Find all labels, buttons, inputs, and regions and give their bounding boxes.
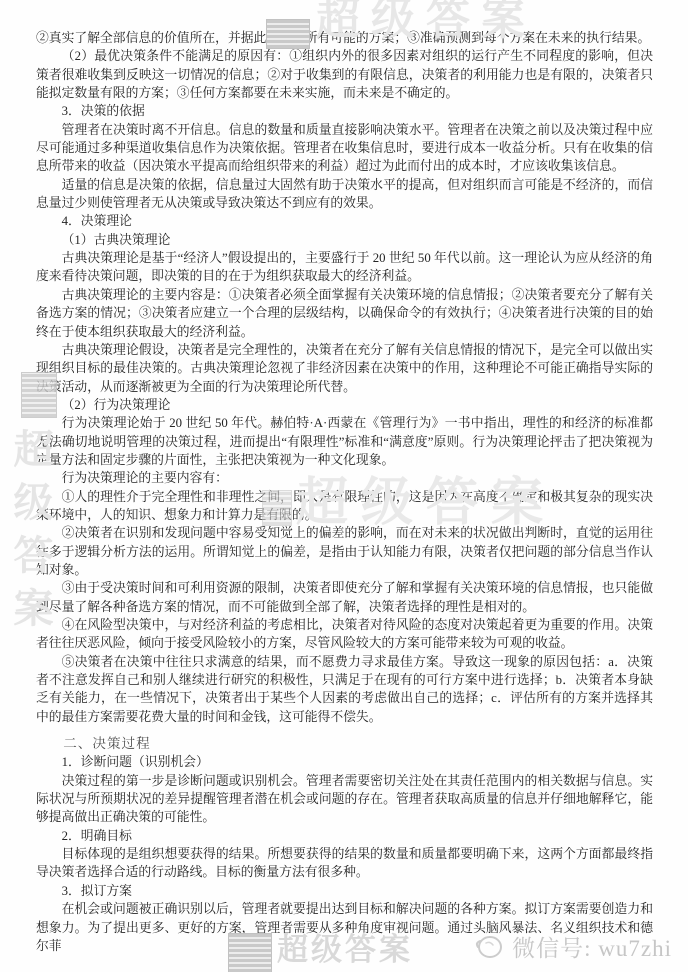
- heading: 1．诊断问题（识别机会）: [36, 753, 653, 771]
- sub-heading: （2）行为决策理论: [36, 396, 653, 414]
- paragraph: ②决策者在识别和发现问题中容易受知觉上的偏差的影响，而在对未来的状况做出判断时，…: [36, 524, 653, 579]
- paragraph: 古典决策理论假设，决策者是完全理性的，决策者在充分了解有关信息情报的情况下，是完…: [36, 341, 653, 396]
- wechat-badge: 微信号: wu7zhi: [474, 930, 672, 963]
- paragraph: ③由于受决策时间和可利用资源的限制，决策者即使充分了解和掌握有关决策环境的信息情…: [36, 579, 653, 616]
- paragraph: （2）最优决策条件不能满足的原因有：①组织内外的很多因素对组织的运行产生不同程度…: [36, 47, 653, 102]
- document-page: 超级答案 超级答案 超级答案 超级答案 ②真实了解全部信息的价值所在，并据此拟定…: [0, 0, 688, 972]
- wechat-logo-icon: [474, 933, 504, 961]
- sub-heading: （1）古典决策理论: [36, 231, 653, 249]
- heading: 3．决策的依据: [36, 102, 653, 120]
- paragraph: 适量的信息是决策的依据，信息量过大固然有助于决策水平的提高，但对组织而言可能是不…: [36, 176, 653, 213]
- document-content: ②真实了解全部信息的价值所在，并据此拟定出所有可能的方案；③准确预测到每个方案在…: [36, 0, 653, 955]
- heading: 3．拟订方案: [36, 882, 653, 900]
- paragraph: 决策过程的第一步是诊断问题或识别机会。管理者需要密切关注处在其责任范围内的相关数…: [36, 772, 653, 827]
- paragraph: 目标体现的是组织想要获得的结果。所想要获得的结果的数量和质量都要明确下来，这两个…: [36, 845, 653, 882]
- wechat-id-label: 微信号: wu7zhi: [512, 930, 672, 963]
- paragraph: 古典决策理论的主要内容是：①决策者必须全面掌握有关决策环境的信息情报；②决策者要…: [36, 286, 653, 341]
- paragraph: ①人的理性介于完全理性和非理性之间，即人是有限理性的，这是因为在高度不确定和极其…: [36, 488, 653, 525]
- heading: 2．明确目标: [36, 827, 653, 845]
- paragraph: 行为决策理论始于 20 世纪 50 年代。赫伯特·A·西蒙在《管理行为》一书中指…: [36, 414, 653, 469]
- heading: 4．决策理论: [36, 212, 653, 230]
- section-heading: 二、决策过程: [36, 735, 653, 753]
- paragraph: ②真实了解全部信息的价值所在，并据此拟定出所有可能的方案；③准确预测到每个方案在…: [36, 29, 653, 47]
- paragraph: 古典决策理论是基于“经济人”假设提出的，主要盛行于 20 世纪 50 年代以前。…: [36, 249, 653, 286]
- paragraph: 管理者在决策时离不开信息。信息的数量和质量直接影响决策水平。管理者在决策之前以及…: [36, 121, 653, 176]
- paragraph: ⑤决策者在决策中往往只求满意的结果，而不愿费力寻求最佳方案。导致这一现象的原因包…: [36, 653, 653, 726]
- paragraph: ④在风险型决策中，与对经济利益的考虑相比，决策者对待风险的态度对决策起着更为重要…: [36, 616, 653, 653]
- paragraph: 行为决策理论的主要内容有：: [36, 469, 653, 487]
